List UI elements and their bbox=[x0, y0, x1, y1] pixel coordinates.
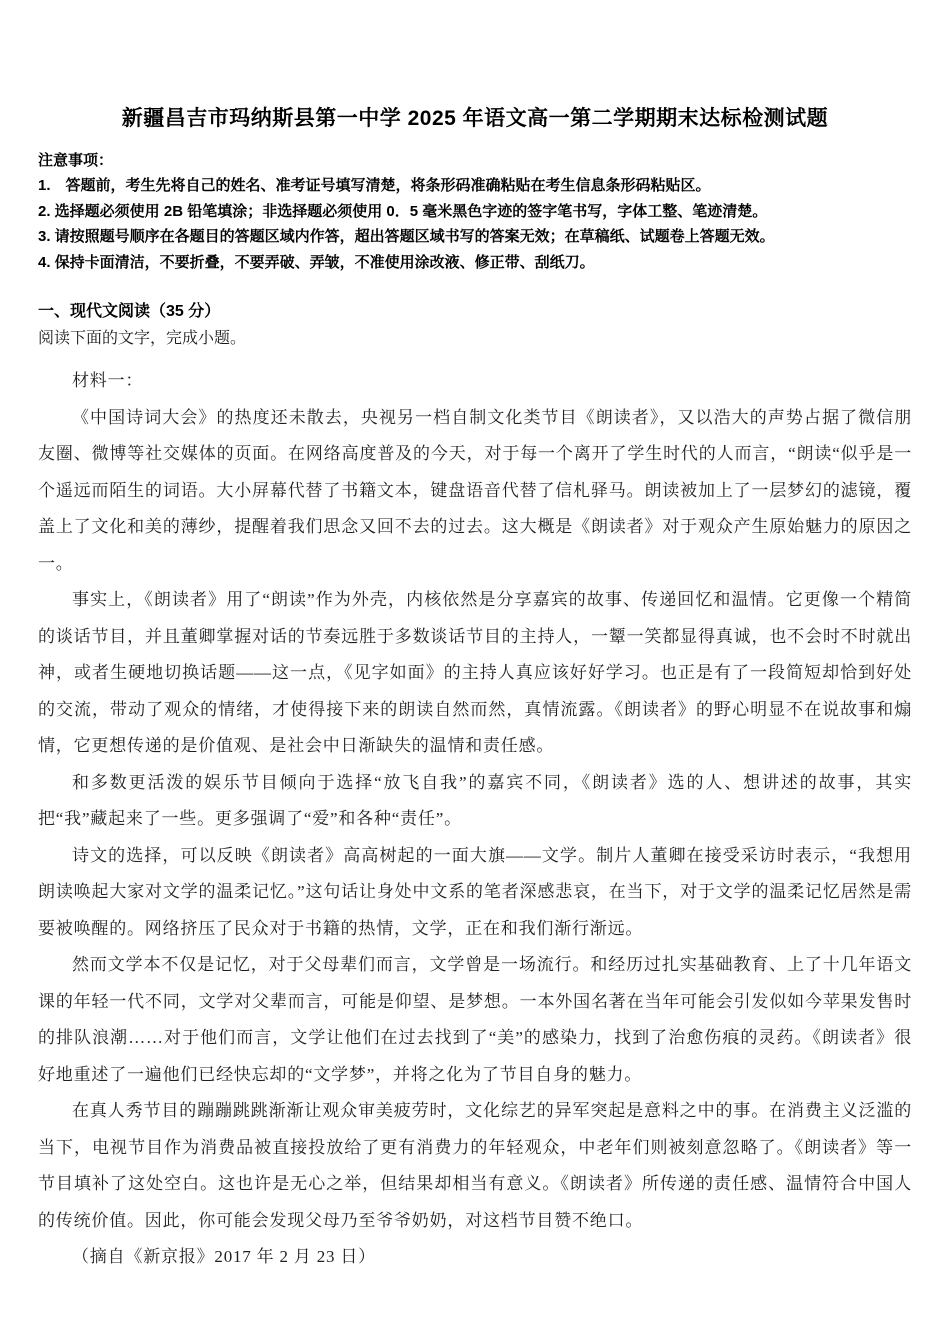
material-paragraph: 事实上，《朗读者》用了“朗读”作为外壳，内核依然是分享嘉宾的故事、传递回忆和温情… bbox=[38, 582, 912, 765]
notice-heading: 注意事项： bbox=[38, 148, 912, 173]
document-page: 新疆昌吉市玛纳斯县第一中学 2025 年语文高一第二学期期末达标检测试题 注意事… bbox=[0, 0, 950, 1344]
notice-section: 注意事项： 1. 答题前，考生先将自己的姓名、准考证号填写清楚，将条形码准确粘贴… bbox=[38, 148, 912, 275]
material-paragraph: 诗文的选择，可以反映《朗读者》高高树起的一面大旗——文学。制片人董卿在接受采访时… bbox=[38, 838, 912, 948]
material-paragraph: 和多数更活泼的娱乐节目倾向于选择“放飞自我”的嘉宾不同，《朗读者》选的人、想讲述… bbox=[38, 765, 912, 838]
notice-item: 3. 请按照题号顺序在各题目的答题区域内作答，超出答题区域书写的答案无效；在草稿… bbox=[38, 224, 912, 250]
material-label: 材料一： bbox=[38, 363, 912, 400]
notice-item: 1. 答题前，考生先将自己的姓名、准考证号填写清楚，将条形码准确粘贴在考生信息条… bbox=[38, 173, 912, 199]
material-paragraph: 《中国诗词大会》的热度还未散去，央视另一档自制文化类节目《朗读者》，又以浩大的声… bbox=[38, 400, 912, 583]
notice-item: 4. 保持卡面清洁，不要折叠，不要弄破、弄皱，不准使用涂改液、修正带、刮纸刀。 bbox=[38, 250, 912, 276]
reading-instruction: 阅读下面的文字，完成小题。 bbox=[38, 327, 912, 351]
notice-item: 2. 选择题必须使用 2B 铅笔填涂；非选择题必须使用 0．5 毫米黑色字迹的签… bbox=[38, 199, 912, 225]
source-attribution: （摘自《新京报》2017 年 2 月 23 日） bbox=[38, 1239, 912, 1276]
material-paragraph: 在真人秀节目的蹦蹦跳跳渐渐让观众审美疲劳时，文化综艺的异军突起是意料之中的事。在… bbox=[38, 1093, 912, 1239]
material-text-block: 材料一： 《中国诗词大会》的热度还未散去，央视另一档自制文化类节目《朗读者》，又… bbox=[38, 363, 912, 1276]
material-paragraph: 然而文学本不仅是记忆，对于父母辈们而言，文学曾是一场流行。和经历过扎实基础教育、… bbox=[38, 947, 912, 1093]
document-title: 新疆昌吉市玛纳斯县第一中学 2025 年语文高一第二学期期末达标检测试题 bbox=[38, 102, 912, 132]
section-heading: 一、现代文阅读（35 分） bbox=[38, 301, 912, 323]
